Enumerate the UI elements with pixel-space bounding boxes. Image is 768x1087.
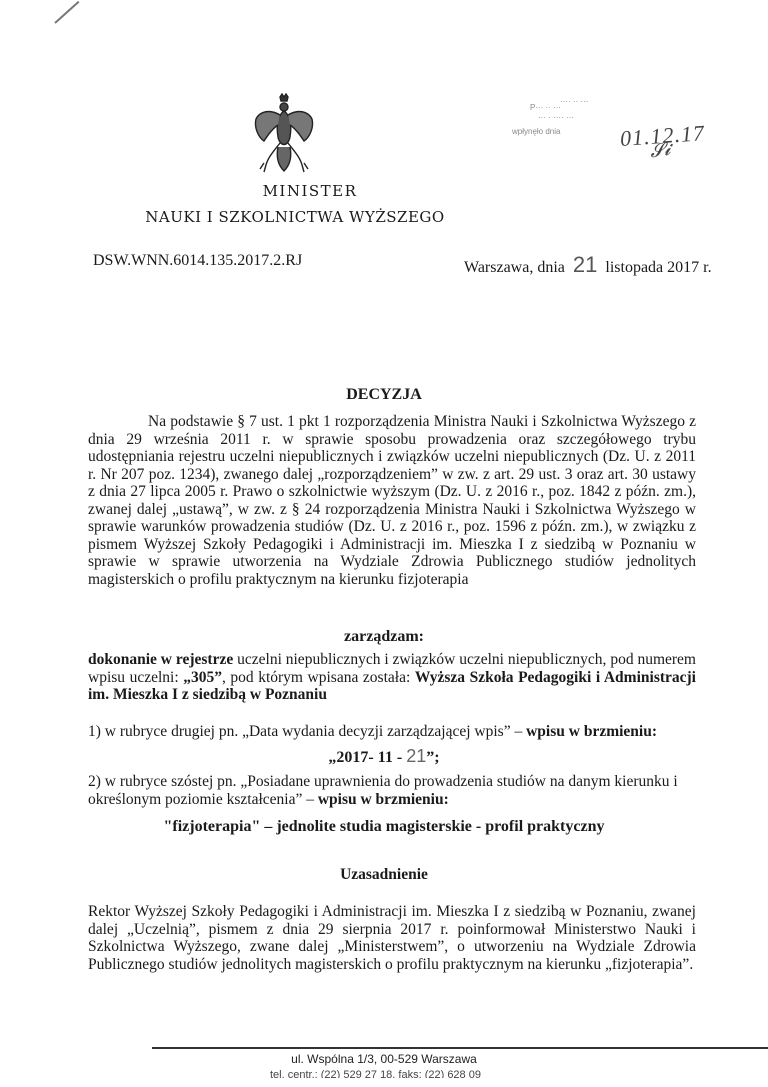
place-and-date: Warszawa, dnia 21 listopada 2017 r. xyxy=(464,252,712,278)
item-2-value: "fizjoterapia" – jednolite studia magist… xyxy=(0,818,768,836)
item-1-bold: wpisu w brzmieniu: xyxy=(526,723,657,740)
institution-line-1: MINISTER xyxy=(220,182,400,200)
place-date-suffix: listopada 2017 r. xyxy=(605,259,711,276)
item-1-value-prefix: „2017- 11 - xyxy=(328,749,406,766)
footer-phone: tel. centr.: (22) 529 27 18, faks: (22) … xyxy=(270,1070,490,1078)
reference-number: DSW.WNN.6014.135.2017.2.RJ xyxy=(93,252,302,270)
entry-number: „305” xyxy=(183,669,222,686)
footer-address: ul. Wspólna 1/3, 00-529 Warszawa xyxy=(0,1052,768,1066)
decree-paragraph: dokonanie w rejestrze uczelni niepublicz… xyxy=(88,651,696,704)
handwritten-day: 21 xyxy=(573,252,597,277)
institution-line-2: NAUKI I SZKOLNICTWA WYŻSZEGO xyxy=(145,208,445,226)
item-1-text: 1) w rubryce drugiej pn. „Data wydania d… xyxy=(88,723,526,740)
footer-divider xyxy=(152,1047,768,1049)
decree-lead: dokonanie w rejestrze xyxy=(88,651,233,668)
item-2: 2) w rubryce szóstej pn. „Posiadane upra… xyxy=(88,773,696,808)
item-2-bold: wpisu w brzmieniu: xyxy=(318,791,449,808)
item-1-value-suffix: ”; xyxy=(426,749,439,766)
stamp-received-label: wpłynęło dnia xyxy=(512,127,560,136)
justification-heading: Uzasadnienie xyxy=(0,866,768,884)
decree-text-2: , pod którym wpisana została: xyxy=(222,669,415,686)
legal-basis-text: Na podstawie § 7 ust. 1 pkt 1 rozporządz… xyxy=(88,413,696,588)
item-1-value: „2017- 11 - 21”; xyxy=(0,746,768,767)
polish-eagle-emblem-icon xyxy=(252,93,316,175)
signature: 𝓢𝓲 xyxy=(649,139,672,163)
item-1-handwritten-day: 21 xyxy=(406,746,426,766)
pen-mark xyxy=(54,1,79,24)
item-1: 1) w rubryce drugiej pn. „Data wydania d… xyxy=(88,723,696,741)
legal-basis-paragraph: Na podstawie § 7 ust. 1 pkt 1 rozporządz… xyxy=(88,413,696,588)
decree-heading: zarządzam: xyxy=(0,628,768,646)
justification-text: Rektor Wyższej Szkoły Pedagogiki i Admin… xyxy=(88,903,696,973)
received-stamp: P··· ·· ··· ···· ·· ··· ··· · ···· ··· w… xyxy=(500,95,700,165)
document-title: DECYZJA xyxy=(0,386,768,404)
justification-paragraph: Rektor Wyższej Szkoły Pedagogiki i Admin… xyxy=(88,903,696,973)
place-date-prefix: Warszawa, dnia xyxy=(464,259,565,276)
